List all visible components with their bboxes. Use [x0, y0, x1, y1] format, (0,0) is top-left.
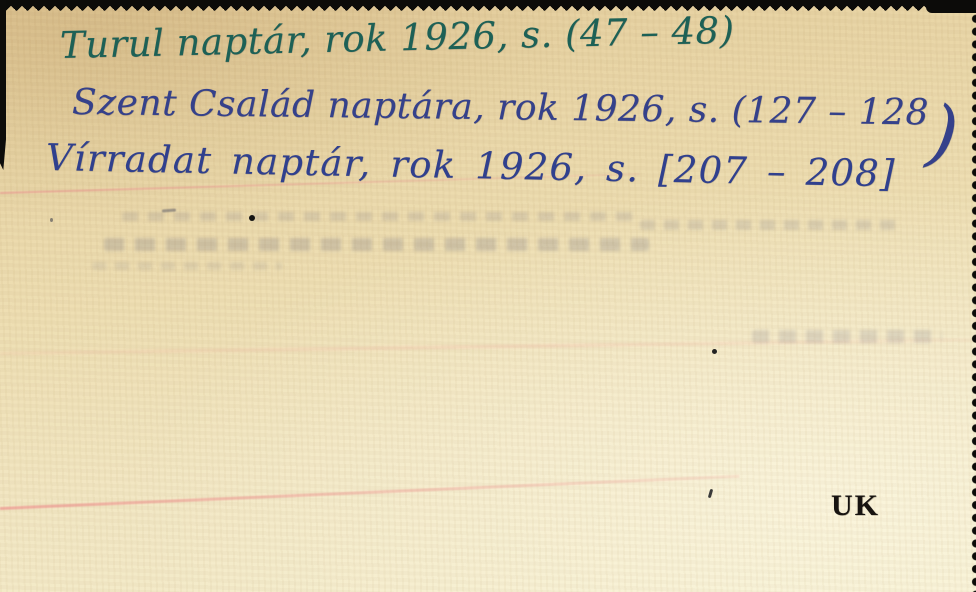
- ink-speck: [50, 218, 53, 222]
- entry-text: Turul naptár, rok 1926, s. (47 – 48): [60, 9, 735, 67]
- pencil-dash-mark: [162, 209, 176, 213]
- ink-bleedthrough: [92, 262, 282, 270]
- library-stamp: UK: [831, 489, 880, 523]
- handwritten-entry-2: Szent Család naptára, rok 1926, s. (127 …: [72, 82, 958, 134]
- entry-text: Szent Család naptára, rok 1926, s. (127 …: [72, 82, 929, 133]
- ruled-line: [0, 338, 976, 355]
- entry-text: Vírradat naptár, rok 1926, s. [207 – 208…: [46, 136, 896, 195]
- ink-bleedthrough: [640, 220, 900, 230]
- ruled-line: [0, 475, 739, 510]
- handwritten-entry-3: Vírradat naptár, rok 1926, s. [207 – 208…: [46, 136, 896, 195]
- handwritten-entry-1: Turul naptár, rok 1926, s. (47 – 48): [60, 9, 735, 67]
- ink-comma-mark: [708, 489, 713, 498]
- ink-bleedthrough: [122, 212, 642, 221]
- catalog-card: Turul naptár, rok 1926, s. (47 – 48) Sze…: [0, 0, 976, 592]
- ink-bleedthrough: [104, 238, 649, 251]
- ink-speck: [249, 215, 255, 221]
- ink-bleedthrough: [752, 330, 942, 343]
- left-edge-black-strip: [0, 0, 6, 170]
- right-perforation-edge: [967, 0, 976, 592]
- oversized-closing-paren: ): [929, 132, 958, 136]
- top-perforation-edge: [0, 0, 976, 14]
- ink-speck: [712, 349, 717, 354]
